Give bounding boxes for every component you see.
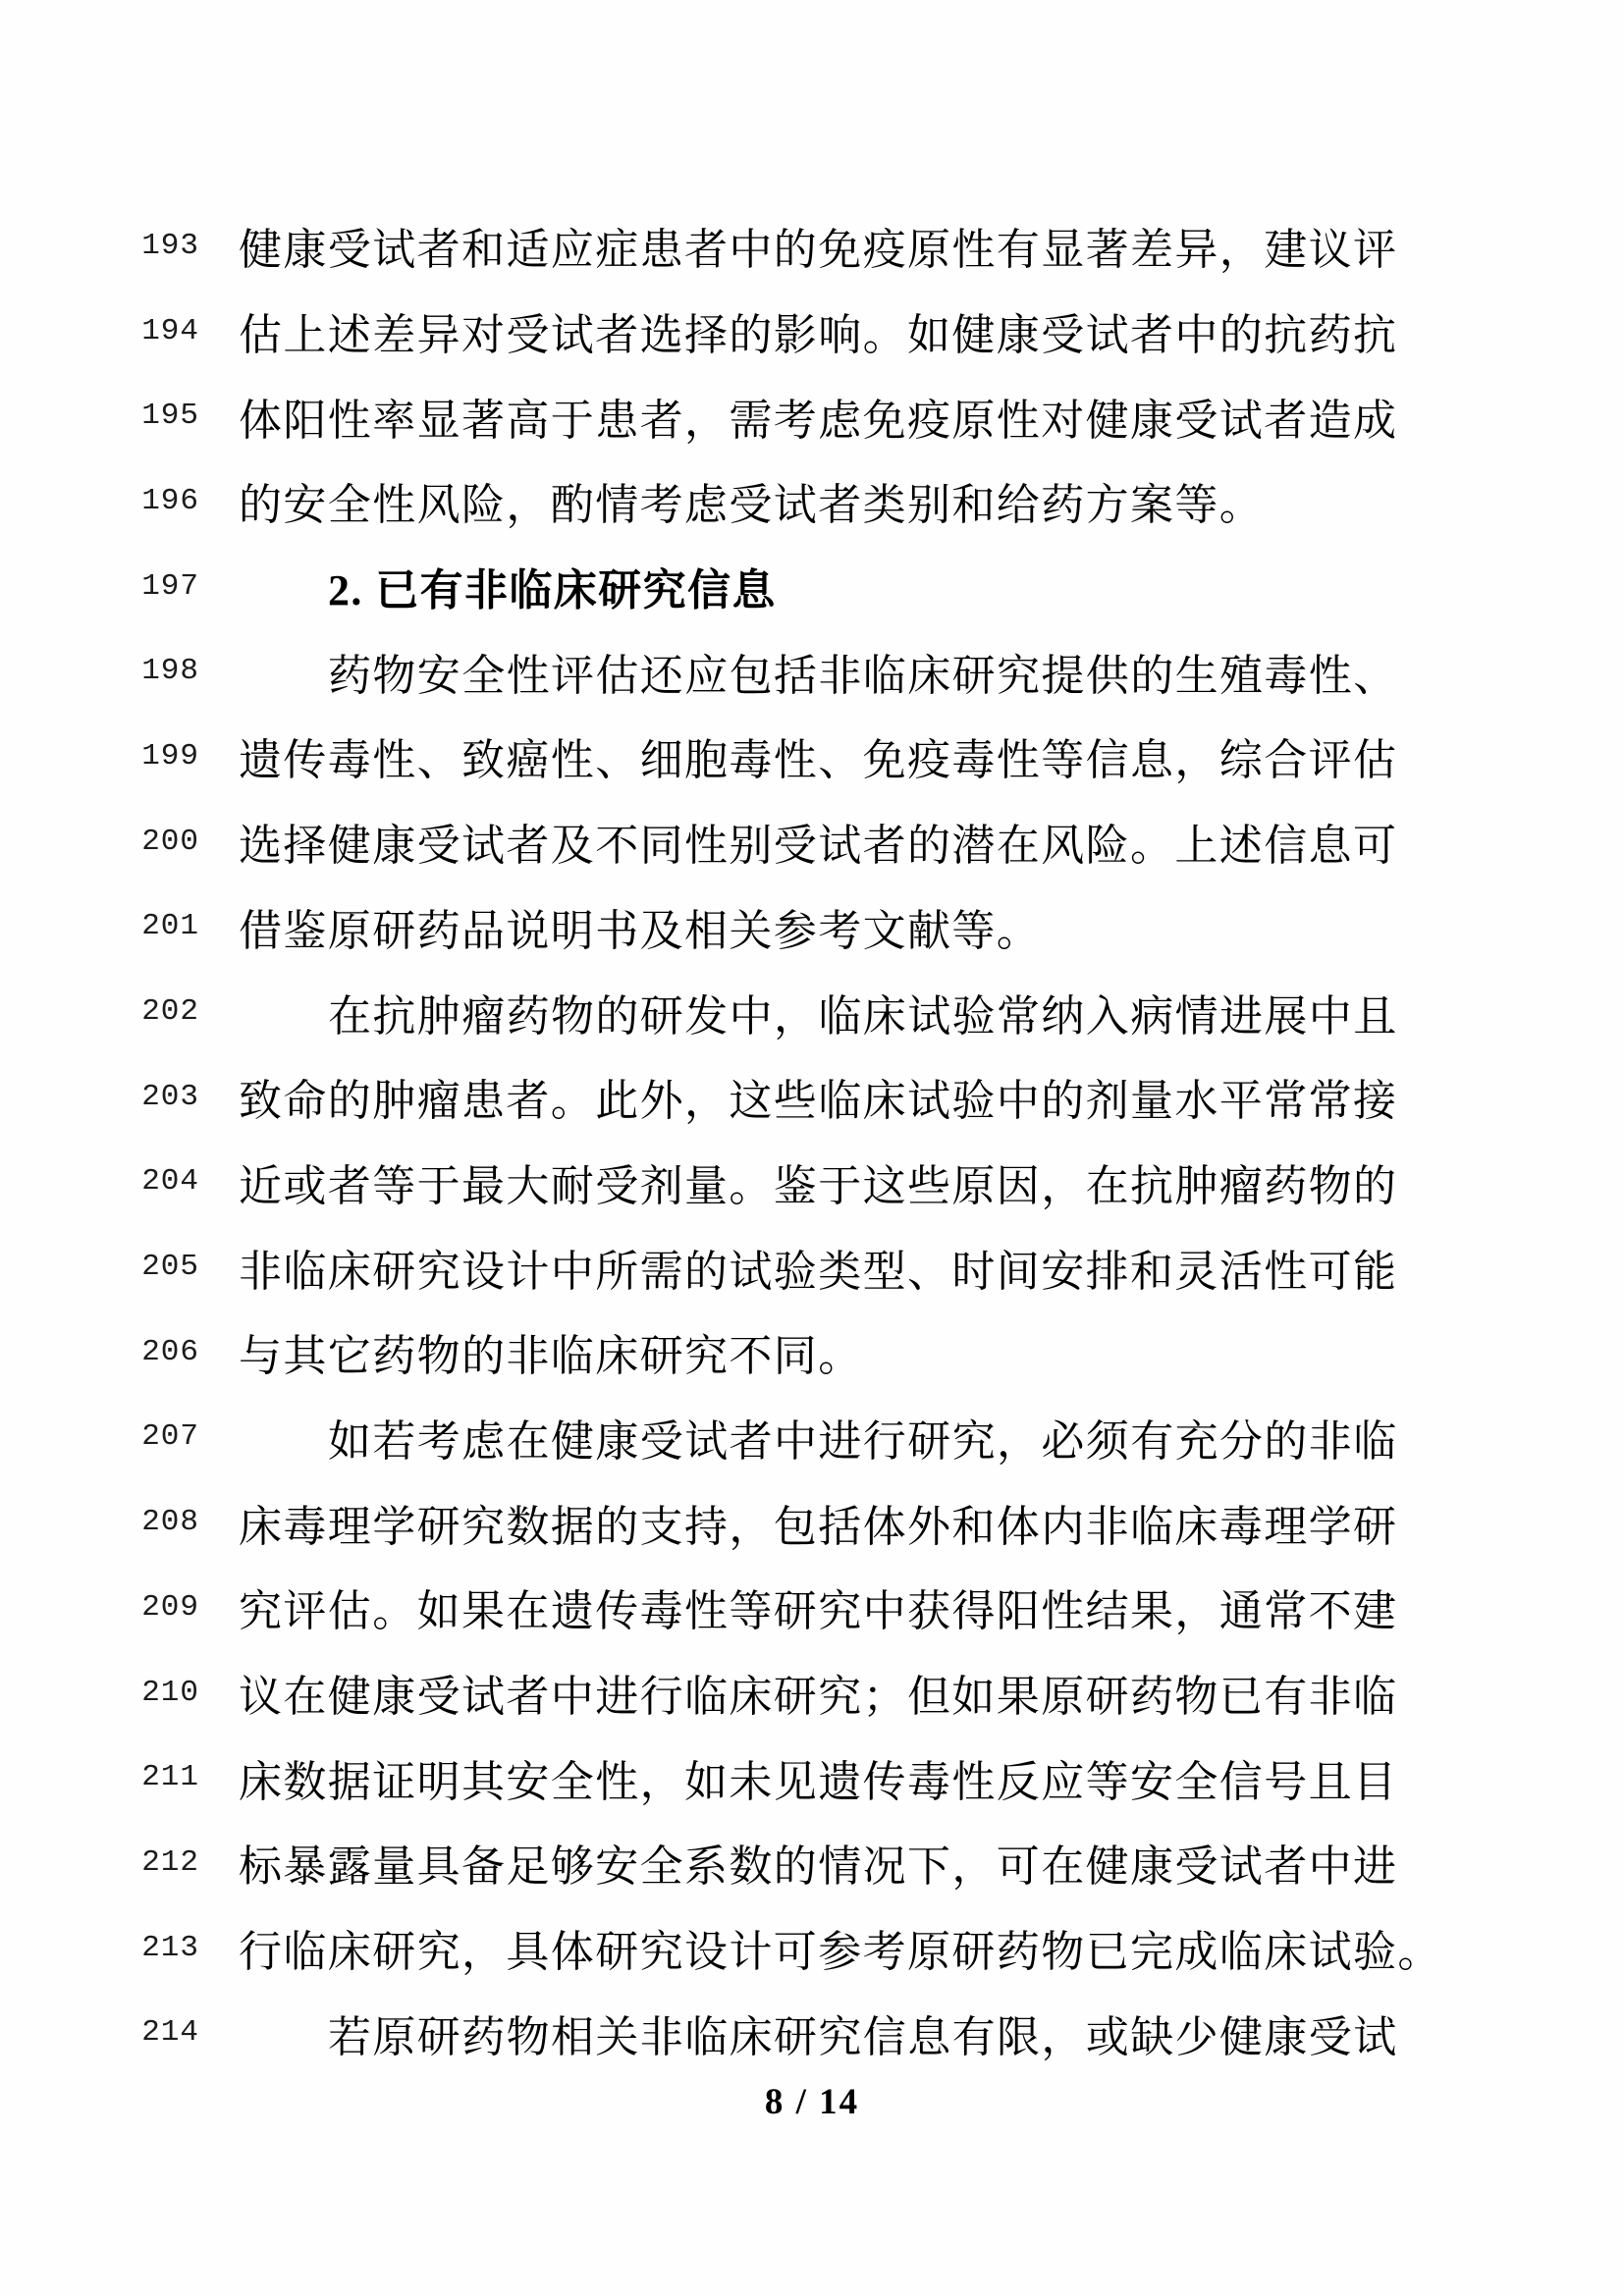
section-heading: 2. 已有非临床研究信息 [239, 555, 777, 617]
document-line: 199 遗传毒性、致癌性、细胞毒性、免疫毒性等信息，综合评估 [0, 714, 1624, 799]
line-number: 198 [0, 654, 199, 688]
document-line: 203 致命的肿瘤患者。此外，这些临床试验中的剂量水平常常接 [0, 1054, 1624, 1140]
line-text: 标暴露量具备足够安全系数的情况下，可在健康受试者中进 [239, 1831, 1397, 1894]
line-number: 193 [0, 229, 199, 263]
line-text: 床数据证明其安全性，如未见遗传毒性反应等安全信号且目 [239, 1746, 1397, 1809]
line-text: 药物安全性评估还应包括非临床研究提供的生殖毒性、 [239, 640, 1398, 703]
document-line: 202 在抗肿瘤药物的研发中，临床试验常纳入病情进展中且 [0, 969, 1624, 1054]
line-number: 202 [0, 994, 199, 1029]
document-page: 193 健康受试者和适应症患者中的免疫原性有显著差异，建议评 194 估上述差异… [0, 0, 1624, 2296]
document-line: 200 选择健康受试者及不同性别受试者的潜在风险。上述信息可 [0, 799, 1624, 884]
line-text: 与其它药物的非临床研究不同。 [239, 1320, 863, 1383]
line-number: 207 [0, 1419, 199, 1454]
line-number: 204 [0, 1164, 199, 1199]
line-number: 205 [0, 1250, 199, 1284]
line-number: 203 [0, 1080, 199, 1114]
document-line: 209 究评估。如果在遗传毒性等研究中获得阳性结果，通常不建 [0, 1565, 1624, 1650]
document-line: 211 床数据证明其安全性，如未见遗传毒性反应等安全信号且目 [0, 1735, 1624, 1820]
line-text: 致命的肿瘤患者。此外，这些临床试验中的剂量水平常常接 [239, 1065, 1397, 1128]
line-number: 199 [0, 739, 199, 774]
line-number: 213 [0, 1931, 199, 1965]
line-number: 197 [0, 569, 199, 604]
document-line: 204 近或者等于最大耐受剂量。鉴于这些原因，在抗肿瘤药物的 [0, 1140, 1624, 1225]
line-number: 201 [0, 909, 199, 943]
line-number: 211 [0, 1760, 199, 1794]
line-text: 体阳性率显著高于患者，需考虑免疫原性对健康受试者造成 [239, 385, 1397, 448]
line-number: 212 [0, 1845, 199, 1880]
line-text: 近或者等于最大耐受剂量。鉴于这些原因，在抗肿瘤药物的 [239, 1150, 1397, 1213]
document-line: 208 床毒理学研究数据的支持，包括体外和体内非临床毒理学研 [0, 1479, 1624, 1565]
line-number: 200 [0, 825, 199, 859]
document-line: 195 体阳性率显著高于患者，需考虑免疫原性对健康受试者造成 [0, 373, 1624, 458]
document-line: 206 与其它药物的非临床研究不同。 [0, 1309, 1624, 1395]
line-text: 在抗肿瘤药物的研发中，临床试验常纳入病情进展中且 [239, 981, 1398, 1043]
line-number: 214 [0, 2015, 199, 2050]
line-text: 遗传毒性、致癌性、细胞毒性、免疫毒性等信息，综合评估 [239, 724, 1397, 787]
document-line: 210 议在健康受试者中进行临床研究；但如果原研药物已有非临 [0, 1650, 1624, 1735]
line-number: 209 [0, 1590, 199, 1625]
document-line: 198 药物安全性评估还应包括非临床研究提供的生殖毒性、 [0, 628, 1624, 714]
line-text: 借鉴原研药品说明书及相关参考文献等。 [239, 895, 1041, 958]
document-line: 194 估上述差异对受试者选择的影响。如健康受试者中的抗药抗 [0, 289, 1624, 374]
line-text: 选择健康受试者及不同性别受试者的潜在风险。上述信息可 [239, 810, 1397, 873]
document-line: 212 标暴露量具备足够安全系数的情况下，可在健康受试者中进 [0, 1820, 1624, 1905]
document-line: 196 的安全性风险，酌情考虑受试者类别和给药方案等。 [0, 458, 1624, 544]
line-text: 若原研药物相关非临床研究信息有限，或缺少健康受试 [239, 2002, 1398, 2064]
document-line: 193 健康受试者和适应症患者中的免疫原性有显著差异，建议评 [0, 203, 1624, 289]
document-body: 193 健康受试者和适应症患者中的免疫原性有显著差异，建议评 194 估上述差异… [0, 203, 1624, 2075]
line-number: 210 [0, 1676, 199, 1710]
line-text: 如若考虑在健康受试者中进行研究，必须有充分的非临 [239, 1406, 1398, 1468]
document-line: 207 如若考虑在健康受试者中进行研究，必须有充分的非临 [0, 1395, 1624, 1480]
line-number: 196 [0, 484, 199, 518]
line-number: 195 [0, 399, 199, 433]
line-text: 究评估。如果在遗传毒性等研究中获得阳性结果，通常不建 [239, 1575, 1397, 1638]
line-text: 议在健康受试者中进行临床研究；但如果原研药物已有非临 [239, 1661, 1397, 1724]
document-line: 205 非临床研究设计中所需的试验类型、时间安排和灵活性可能 [0, 1224, 1624, 1309]
document-line: 213 行临床研究，具体研究设计可参考原研药物已完成临床试验。 [0, 1905, 1624, 1991]
document-line: 214 若原研药物相关非临床研究信息有限，或缺少健康受试 [0, 1990, 1624, 2075]
line-text: 估上述差异对受试者选择的影响。如健康受试者中的抗药抗 [239, 299, 1397, 362]
document-line: 197 2. 已有非临床研究信息 [0, 544, 1624, 629]
line-text: 非临床研究设计中所需的试验类型、时间安排和灵活性可能 [239, 1236, 1397, 1299]
line-text: 行临床研究，具体研究设计可参考原研药物已完成临床试验。 [239, 1916, 1442, 1979]
line-text: 健康受试者和适应症患者中的免疫原性有显著差异，建议评 [239, 214, 1397, 277]
document-line: 201 借鉴原研药品说明书及相关参考文献等。 [0, 884, 1624, 970]
line-number: 194 [0, 314, 199, 348]
line-number: 208 [0, 1505, 199, 1539]
page-number: 8 / 14 [0, 2081, 1624, 2123]
line-text: 的安全性风险，酌情考虑受试者类别和给药方案等。 [239, 469, 1264, 532]
line-number: 206 [0, 1335, 199, 1369]
line-text: 床毒理学研究数据的支持，包括体外和体内非临床毒理学研 [239, 1491, 1397, 1554]
